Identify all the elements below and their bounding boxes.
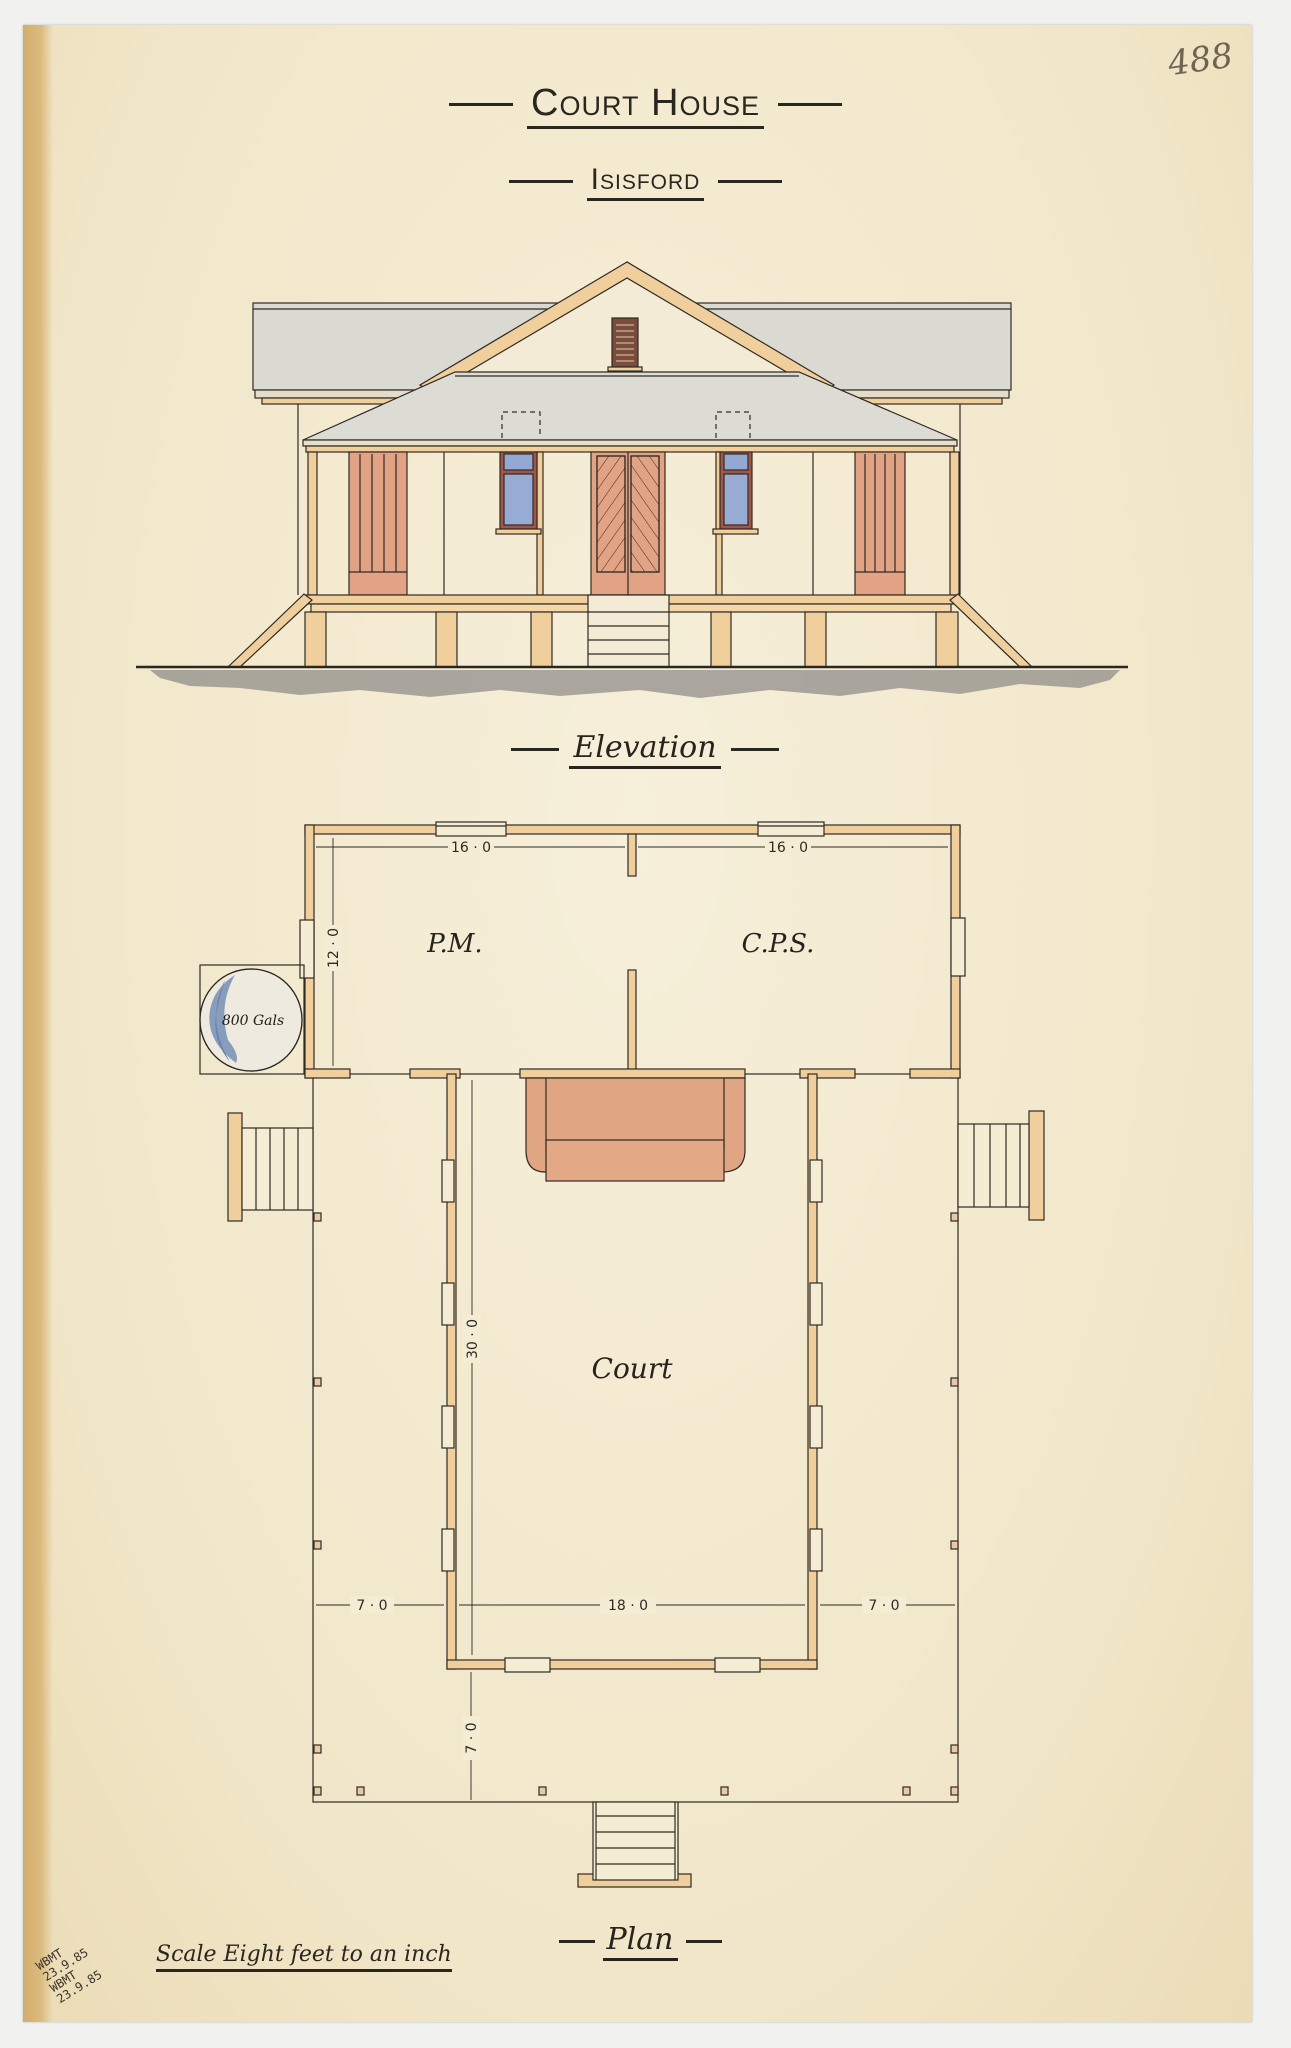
dim-right-verandah: 7 · 0 bbox=[868, 1598, 899, 1614]
plan-label: Plan bbox=[603, 1922, 678, 1961]
dim-left-room-width: 16 · 0 bbox=[451, 840, 491, 856]
dim-court-length: 30 · 0 bbox=[465, 1319, 481, 1359]
dim-right-room-width: 16 · 0 bbox=[768, 840, 808, 856]
room-label-pm: P.M. bbox=[426, 929, 482, 959]
office-walls bbox=[305, 825, 960, 1078]
elevation-label: Elevation bbox=[569, 730, 720, 769]
plan-caption: Plan bbox=[540, 1922, 740, 1957]
left-window bbox=[496, 452, 541, 534]
dim-court-width: 18 · 0 bbox=[608, 1598, 648, 1614]
dim-office-depth: 12 · 0 bbox=[326, 928, 342, 968]
front-steps bbox=[578, 1802, 691, 1887]
elevation-steps bbox=[588, 595, 669, 667]
dim-front-verandah: 7 · 0 bbox=[464, 1722, 480, 1753]
drawing-sheet: 488 Court House Isisford bbox=[0, 0, 1291, 2048]
room-label-court: Court bbox=[592, 1352, 674, 1385]
tank-capacity: 800 Gals bbox=[222, 1013, 284, 1029]
right-side-steps bbox=[958, 1111, 1044, 1220]
elevation-drawing bbox=[136, 262, 1128, 698]
room-label-cps: C.P.S. bbox=[742, 929, 815, 959]
ground-wash bbox=[150, 670, 1120, 698]
scale-note: Scale Eight feet to an inch bbox=[156, 1942, 452, 1972]
elevation-dash-right bbox=[731, 748, 779, 751]
verandah-outline bbox=[313, 1074, 958, 1802]
elevation-caption: Elevation bbox=[480, 730, 810, 765]
dim-left-verandah: 7 · 0 bbox=[356, 1598, 387, 1614]
water-tank: 800 Gals bbox=[200, 965, 304, 1074]
elevation-dash-left bbox=[511, 748, 559, 751]
main-double-door bbox=[591, 452, 665, 595]
right-side-door bbox=[855, 452, 905, 595]
magistrate-bench bbox=[526, 1078, 745, 1181]
floor-plan: 800 Gals bbox=[200, 822, 1044, 1887]
plan-dash-right bbox=[686, 1940, 722, 1943]
verandah-posts bbox=[314, 1213, 958, 1795]
drawing-artwork: 800 Gals bbox=[0, 0, 1291, 2048]
right-window bbox=[713, 452, 758, 534]
left-side-door bbox=[349, 452, 407, 595]
left-side-steps bbox=[228, 1113, 313, 1221]
plan-dash-left bbox=[559, 1940, 595, 1943]
